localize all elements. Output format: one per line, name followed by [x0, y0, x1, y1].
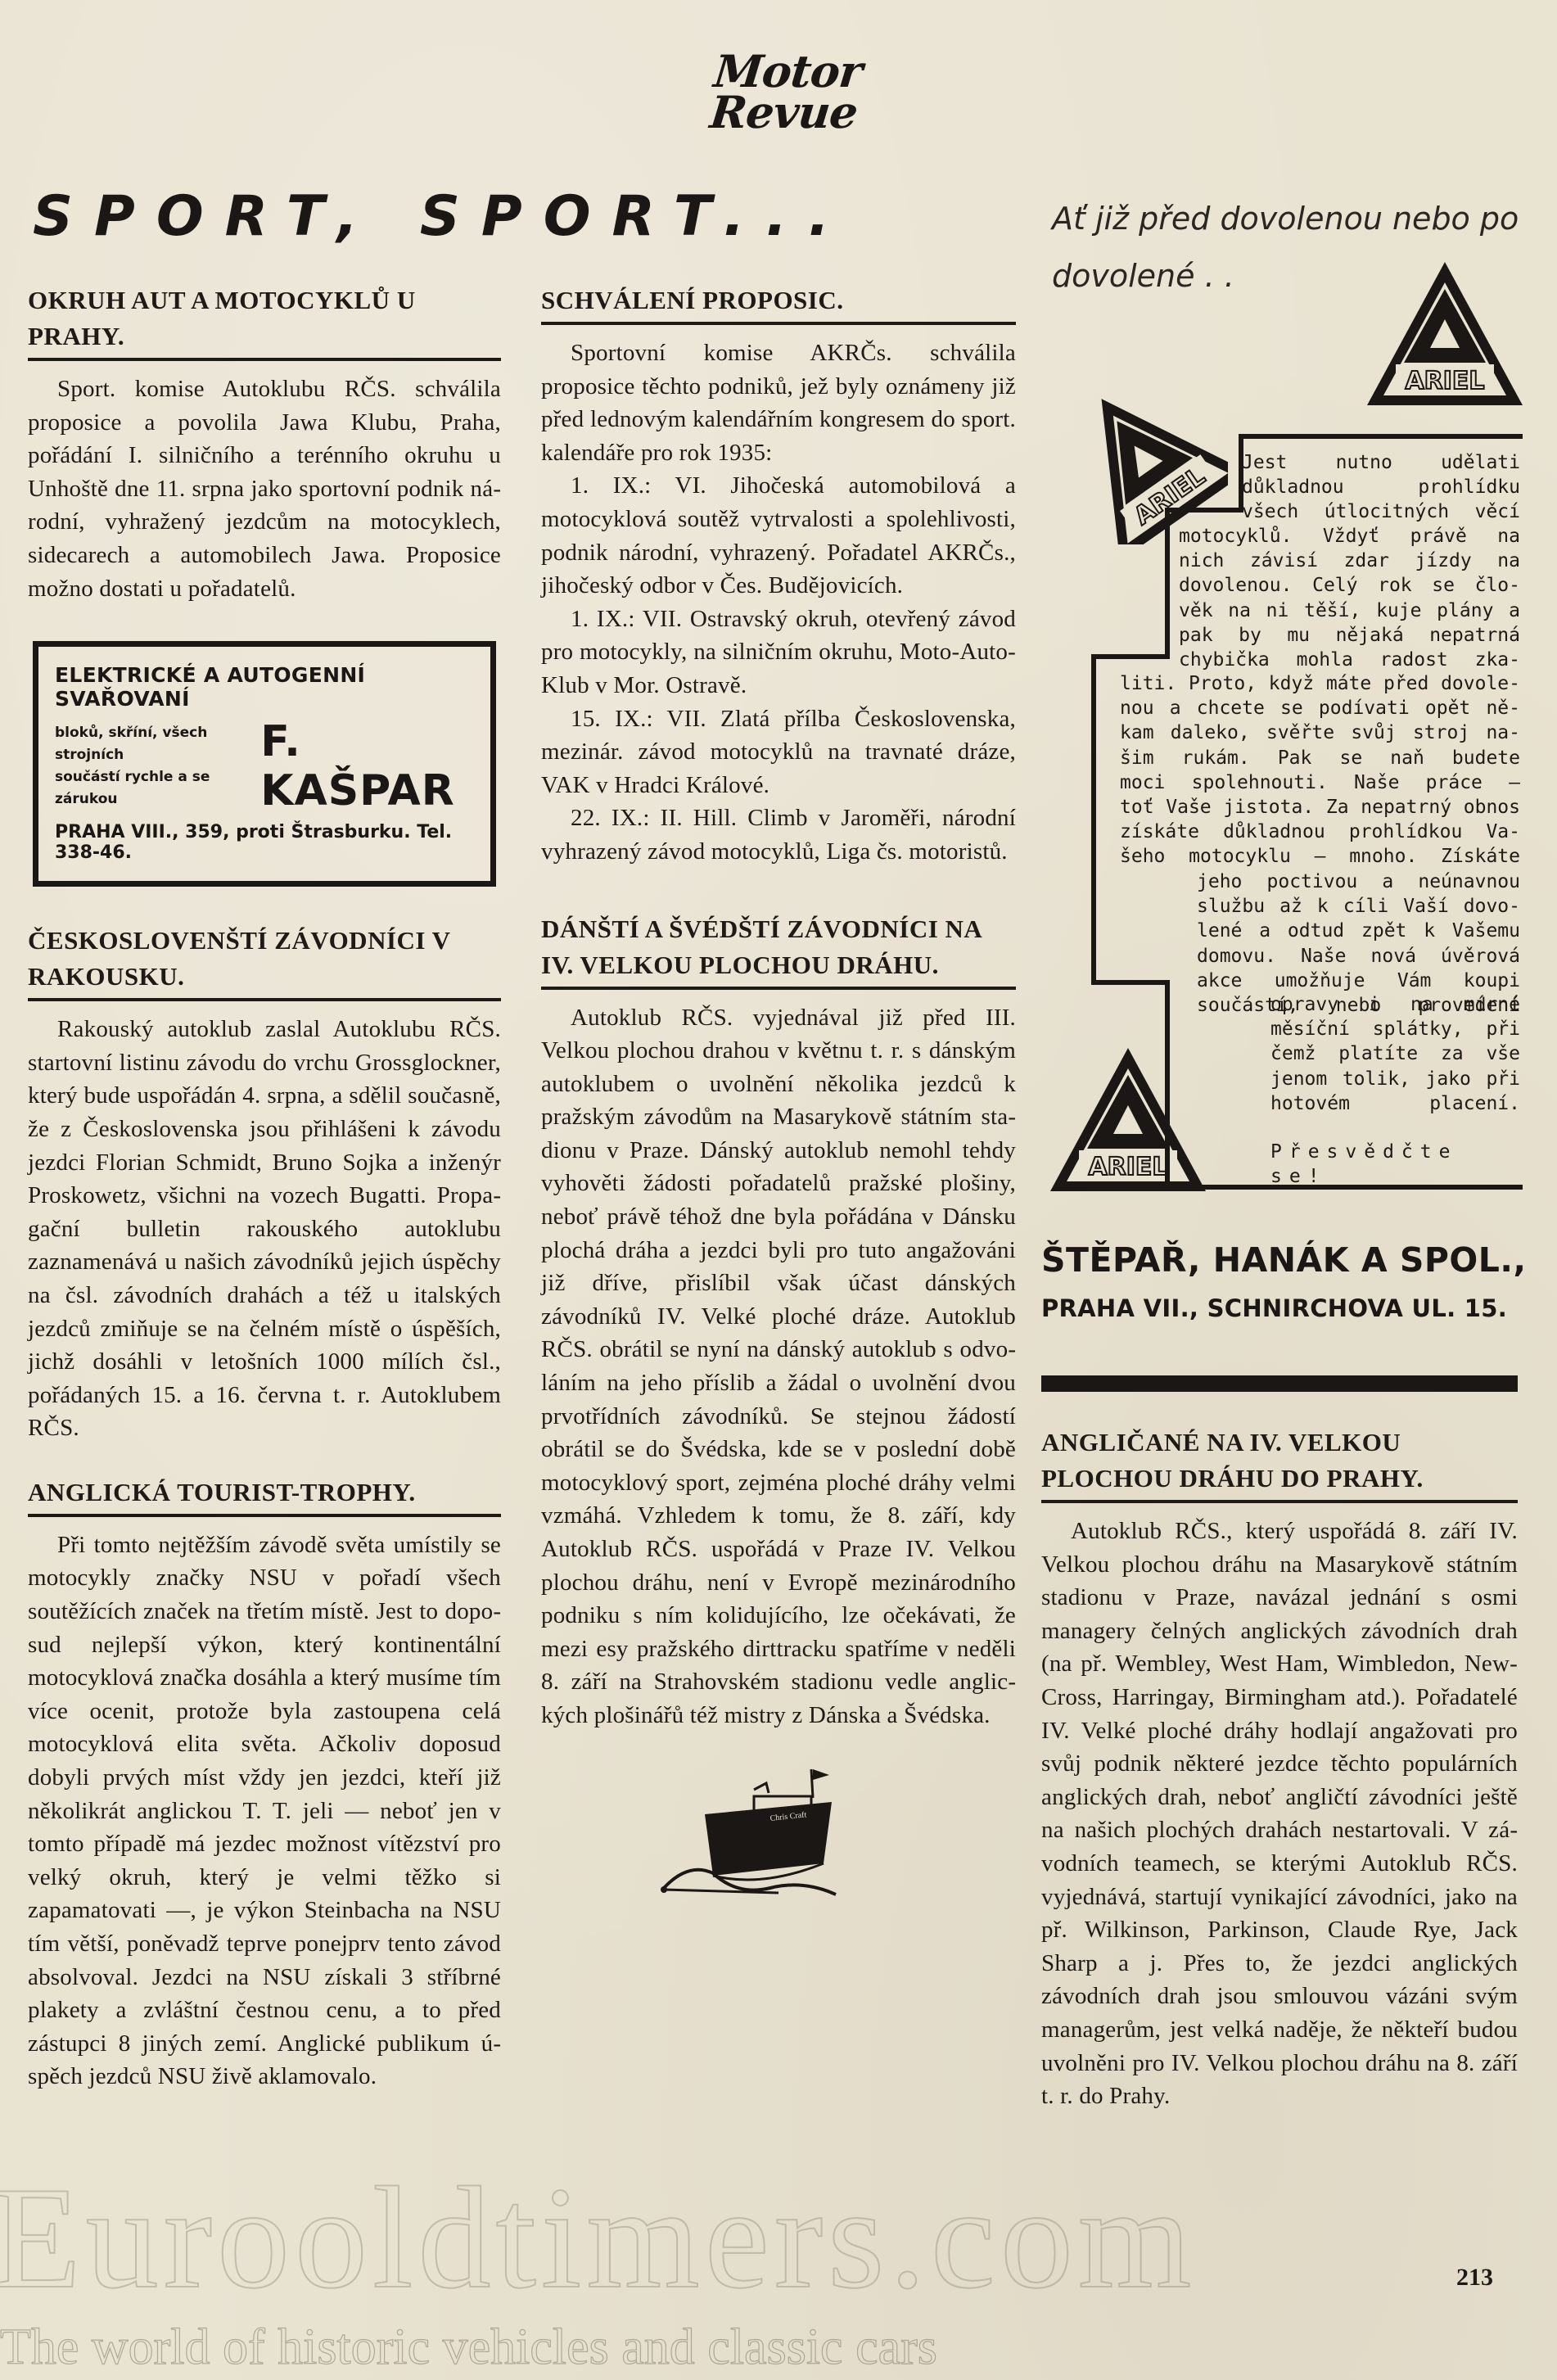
- article-paragraph: 22. IX.: II. Hill. Climb v Jaroměři, nár…: [541, 802, 1016, 868]
- page-number: 213: [1456, 2264, 1493, 2292]
- ad-kaspar-headline: ELEKTRICKÉ A AUTOGENNÍ SVAŘOVANÍ: [55, 663, 476, 711]
- article-body: Při tomto nejtěžším závodě světa umístil…: [28, 1529, 501, 2093]
- article-heading: OKRUH AUT A MOTOCYKLŮ U PRAHY.: [28, 282, 501, 361]
- section-title: SPORT, SPORT...: [33, 184, 851, 249]
- article-heading: ČESKOSLOVENŠTÍ ZÁVODNÍCI V RAKOUSKU.: [28, 923, 501, 1001]
- ad-kaspar: ELEKTRICKÉ A AUTOGENNÍ SVAŘOVANÍ bloků, …: [33, 641, 496, 887]
- article-body: Sport. komise Autoklubu RČS. schválila p…: [28, 373, 501, 605]
- ariel-logo-icon: ARIEL: [1363, 258, 1527, 409]
- article-heading: ANGLIČANÉ NA IV. VELKOU PLOCHOU DRÁHU DO…: [1041, 1425, 1518, 1503]
- ariel-text-block-3: liti. Proto, když máte před dovole- nou …: [1120, 671, 1520, 869]
- article-body: Autoklub RČS., který uspořádá 8. září IV…: [1041, 1515, 1518, 2113]
- masthead-line-2: Revue: [688, 92, 880, 133]
- article-anglicane: ANGLIČANÉ NA IV. VELKOU PLOCHOU DRÁHU DO…: [1041, 1425, 1518, 2113]
- article-paragraph: 1. IX.: VI. Jihočeská automobilová a mot…: [541, 469, 1016, 602]
- divider-bar: [1041, 1375, 1518, 1392]
- article-heading: SCHVÁLENÍ PROPOSIC.: [541, 282, 1016, 325]
- boat-illustration: Chris Craft: [656, 1765, 869, 1904]
- article-heading: ANGLICKÁ TOURIST-TROPHY.: [28, 1475, 501, 1517]
- ad-stepar-name: ŠTĚPAŘ, HANÁK A SPOL.,: [1041, 1240, 1532, 1280]
- article-heading: DÁNŠTÍ A ŠVÉDŠTÍ ZÁVODNÍCI NA IV. VELKOU…: [541, 911, 1016, 990]
- article-paragraph: 15. IX.: VII. Zlatá přílba Českoslo­vens…: [541, 702, 1016, 802]
- article-schvaleni: SCHVÁLENÍ PROPOSIC. Sportovní komise AKR…: [541, 282, 1016, 869]
- column-left: OKRUH AUT A MOTOCYKLŮ U PRAHY. Sport. ko…: [28, 282, 501, 2093]
- watermark-tagline: The world of historic vehicles and class…: [0, 2319, 937, 2377]
- ad-kaspar-small-1: bloků, skříní, všech strojních: [55, 722, 249, 766]
- article-paragraph: Sportovní komise AKRČs. schváli­la propo…: [541, 336, 1016, 469]
- article-body: Autoklub RČS. vyjednával již před III. V…: [541, 1001, 1016, 1732]
- article-okruh: OKRUH AUT A MOTOCYKLŮ U PRAHY. Sport. ko…: [28, 282, 501, 605]
- ad-kaspar-small-2: součástí rychle a se zárukou: [55, 766, 249, 811]
- motorboat-icon: Chris Craft: [656, 1765, 869, 1904]
- ad-stepar-address: PRAHA VII., SCHNIRCHOVA UL. 15.: [1041, 1294, 1532, 1322]
- svg-text:ARIEL: ARIEL: [1405, 367, 1484, 395]
- article-paragraph: 1. IX.: VII. Ostravský okruh, ote­vřený …: [541, 603, 1016, 702]
- column-right: ANGLIČANÉ NA IV. VELKOU PLOCHOU DRÁHU DO…: [1041, 1425, 1518, 2113]
- ad-stepar: ŠTĚPAŘ, HANÁK A SPOL., PRAHA VII., SCHNI…: [1041, 1240, 1532, 1322]
- article-ceskoslovensti: ČESKOSLOVENŠTÍ ZÁVODNÍCI V RAKOUSKU. Rak…: [28, 923, 501, 1445]
- ariel-text-block-2: motocyklů. Vždyť právě na nich závisí zd…: [1179, 524, 1520, 672]
- ad-kaspar-address: PRAHA VIII., 359, proti Štrasburku. Tel.…: [55, 822, 476, 863]
- column-middle: SCHVÁLENÍ PROPOSIC. Sportovní komise AKR…: [541, 282, 1016, 1904]
- article-tourist-trophy: ANGLICKÁ TOURIST-TROPHY. Při tomto nejtě…: [28, 1475, 501, 2093]
- ariel-text-block-1: Jest nutno udělati důkladnou prohlídku v…: [1242, 450, 1520, 525]
- watermark: Eurooldtimers.com: [0, 2153, 1196, 2322]
- ariel-closing: Přesvědčte se!: [1270, 1140, 1520, 1189]
- article-body: Rakouský autoklub zaslal Auto­klubu RČS.…: [28, 1013, 501, 1445]
- ariel-text-block-5: opravy i na mírné měsíční splátky, při č…: [1270, 992, 1520, 1116]
- article-dansti: DÁNŠTÍ A ŠVÉDŠTÍ ZÁVODNÍCI NA IV. VELKOU…: [541, 911, 1016, 1732]
- masthead-logo: Motor Revue: [688, 51, 885, 133]
- ad-kaspar-name: F. KAŠPAR: [260, 717, 476, 815]
